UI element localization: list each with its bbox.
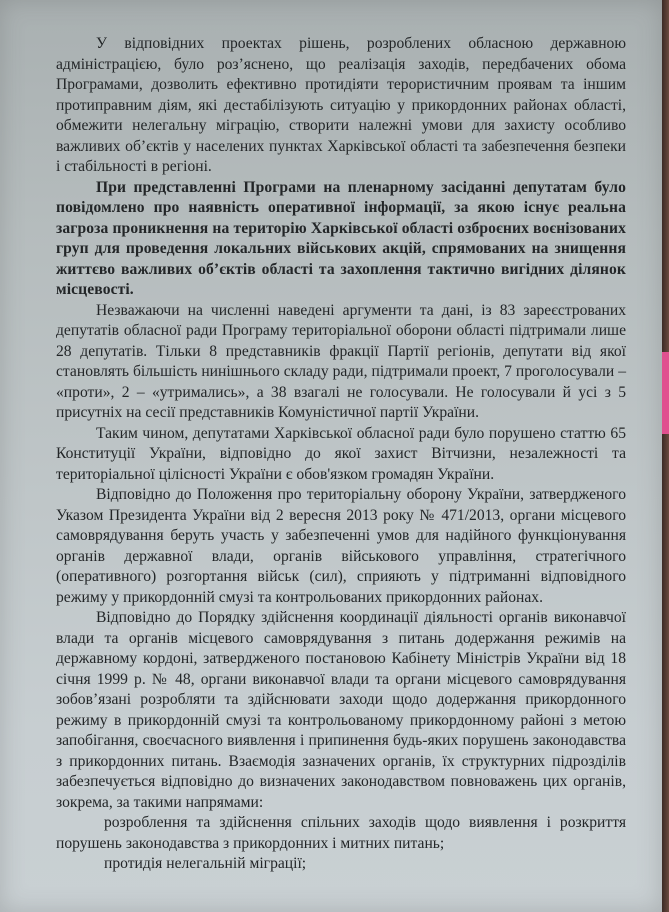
paragraph-coordination-order: Відповідно до Порядку здійснення координ… — [56, 608, 626, 813]
paragraph-intro: У відповідних проектах рішень, розроблен… — [56, 34, 626, 178]
document-page: У відповідних проектах рішень, розроблен… — [0, 0, 662, 912]
document-body: У відповідних проектах рішень, розроблен… — [56, 34, 626, 875]
paragraph-vote-results: Незважаючи на численні наведені аргумент… — [56, 301, 626, 424]
list-item-illegal-migration: протидія нелегальній міграції; — [56, 854, 626, 875]
paragraph-territorial-defense: Відповідно до Положення про територіальн… — [56, 485, 626, 608]
pink-sticky-tab — [662, 352, 669, 434]
list-item-joint-measures: розроблення та здійснення спільних заход… — [56, 813, 626, 854]
paragraph-constitution: Таким чином, депутатами Харківської обла… — [56, 424, 626, 486]
desk-edge — [662, 0, 669, 912]
paragraph-bold-threat: При представленні Програми на пленарному… — [56, 178, 626, 301]
